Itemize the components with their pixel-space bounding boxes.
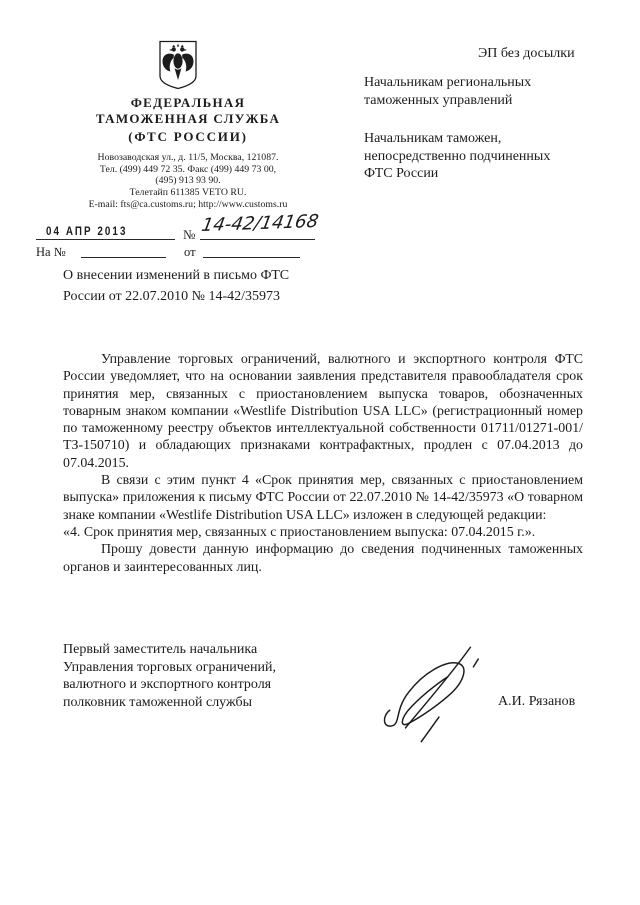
contact-line: Новозаводская ул., д. 11/5, Москва, 1210…	[28, 152, 348, 164]
addressee-line: непосредственно подчиненных	[364, 148, 550, 166]
signer-name: А.И. Рязанов	[498, 694, 575, 710]
addressee-regional: Начальникам региональных таможенных упра…	[364, 74, 531, 109]
reply-number-underline	[81, 244, 166, 258]
letterhead-org-name: ФЕДЕРАЛЬНАЯ ТАМОЖЕННАЯ СЛУЖБА (ФТС РОССИ…	[28, 95, 348, 145]
addressee-line: ФТС России	[364, 165, 550, 183]
letterhead-contacts: Новозаводская ул., д. 11/5, Москва, 1210…	[28, 152, 348, 211]
subject-line: О внесении изменений в письмо ФТС	[63, 266, 363, 287]
reply-date-underline	[203, 244, 300, 258]
org-name-line: ФЕДЕРАЛЬНАЯ	[28, 95, 348, 111]
letter-subject: О внесении изменений в письмо ФТС России…	[63, 266, 363, 307]
body-paragraph: Прошу довести данную информацию до сведе…	[63, 541, 583, 576]
outgoing-number-handwritten: 14-42/14168	[199, 211, 322, 236]
letter-page: ФЕДЕРАЛЬНАЯ ТАМОЖЕННАЯ СЛУЖБА (ФТС РОССИ…	[0, 0, 640, 905]
signer-title: Первый заместитель начальника Управления…	[63, 641, 343, 712]
contact-line: E-mail: fts@ca.customs.ru; http://www.cu…	[28, 199, 348, 211]
addressee-line: таможенных управлений	[364, 92, 531, 110]
body-paragraph: В связи с этим пункт 4 «Срок принятия ме…	[63, 472, 583, 524]
contact-line: Тел. (499) 449 72 35. Факс (499) 449 73 …	[28, 164, 348, 176]
signature-icon	[378, 638, 496, 744]
contact-line: Телетайп 611385 VETO RU.	[28, 187, 348, 199]
signer-title-line: Первый заместитель начальника	[63, 641, 343, 659]
addressee-line: Начальникам таможен,	[364, 130, 550, 148]
body-paragraph-quote: «4. Срок принятия мер, связанных с приос…	[63, 524, 583, 541]
addressee-line: Начальникам региональных	[364, 74, 531, 92]
signer-title-line: валютного и экспортного контроля	[63, 676, 343, 694]
reply-from-label: от	[184, 245, 196, 260]
signer-title-line: Управления торговых ограничений,	[63, 659, 343, 677]
coat-of-arms-icon	[157, 40, 199, 90]
org-abbreviation: (ФТС РОССИИ)	[28, 129, 348, 145]
date-stamp: 04 АПР 2013	[46, 224, 127, 238]
contact-line: (495) 913 93 90.	[28, 175, 348, 187]
signer-title-line: полковник таможенной службы	[63, 694, 343, 712]
org-name-line: ТАМОЖЕННАЯ СЛУЖБА	[28, 111, 348, 127]
ep-note: ЭП без досылки	[478, 46, 575, 62]
number-sign: №	[183, 227, 195, 243]
reply-to-label: На №	[36, 245, 66, 260]
addressee-customs: Начальникам таможен, непосредственно под…	[364, 130, 550, 183]
letter-body: Управление торговых ограничений, валютно…	[63, 351, 583, 576]
subject-line: России от 22.07.2010 № 14-42/35973	[63, 287, 363, 308]
body-paragraph: Управление торговых ограничений, валютно…	[63, 351, 583, 472]
